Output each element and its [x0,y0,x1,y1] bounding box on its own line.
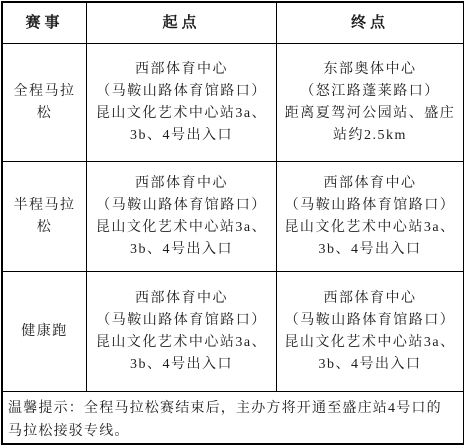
note-text: 温馨提示：全程马拉松赛结束后，主办方将开通至盛庄站4号口的 马拉松接驳专线。 [3,392,463,443]
marathon-access-table: 赛事 起点 终点 全程马拉松 西部体育中心 （马鞍山路体育馆路口） 昆山文化艺术… [1,1,464,445]
header-start: 起点 [87,3,277,44]
row-half-marathon-end: 西部体育中心 （马鞍山路体育馆路口） 昆山文化艺术中心站3a、 3b、4号出入口 [277,162,463,272]
row-health-run-event: 健康跑 [3,272,87,392]
row-full-marathon-event: 全程马拉松 [3,44,87,162]
page: 赛事 起点 终点 全程马拉松 西部体育中心 （马鞍山路体育馆路口） 昆山文化艺术… [0,0,464,447]
row-half-marathon-start: 西部体育中心 （马鞍山路体育馆路口） 昆山文化艺术中心站3a、 3b、4号出入口 [87,162,277,272]
row-full-marathon-start: 西部体育中心 （马鞍山路体育馆路口） 昆山文化艺术中心站3a、 3b、4号出入口 [87,44,277,162]
header-end: 终点 [277,3,463,44]
row-health-run-start: 西部体育中心 （马鞍山路体育馆路口） 昆山文化艺术中心站3a、 3b、4号出入口 [87,272,277,392]
row-half-marathon-event: 半程马拉松 [3,162,87,272]
row-full-marathon-end: 东部奥体中心 （怒江路蓬莱路口） 距离夏驾河公园站、盛庄 站约2.5km [277,44,463,162]
row-health-run-end: 西部体育中心 （马鞍山路体育馆路口） 昆山文化艺术中心站3a、 3b、4号出入口 [277,272,463,392]
header-event: 赛事 [3,3,87,44]
